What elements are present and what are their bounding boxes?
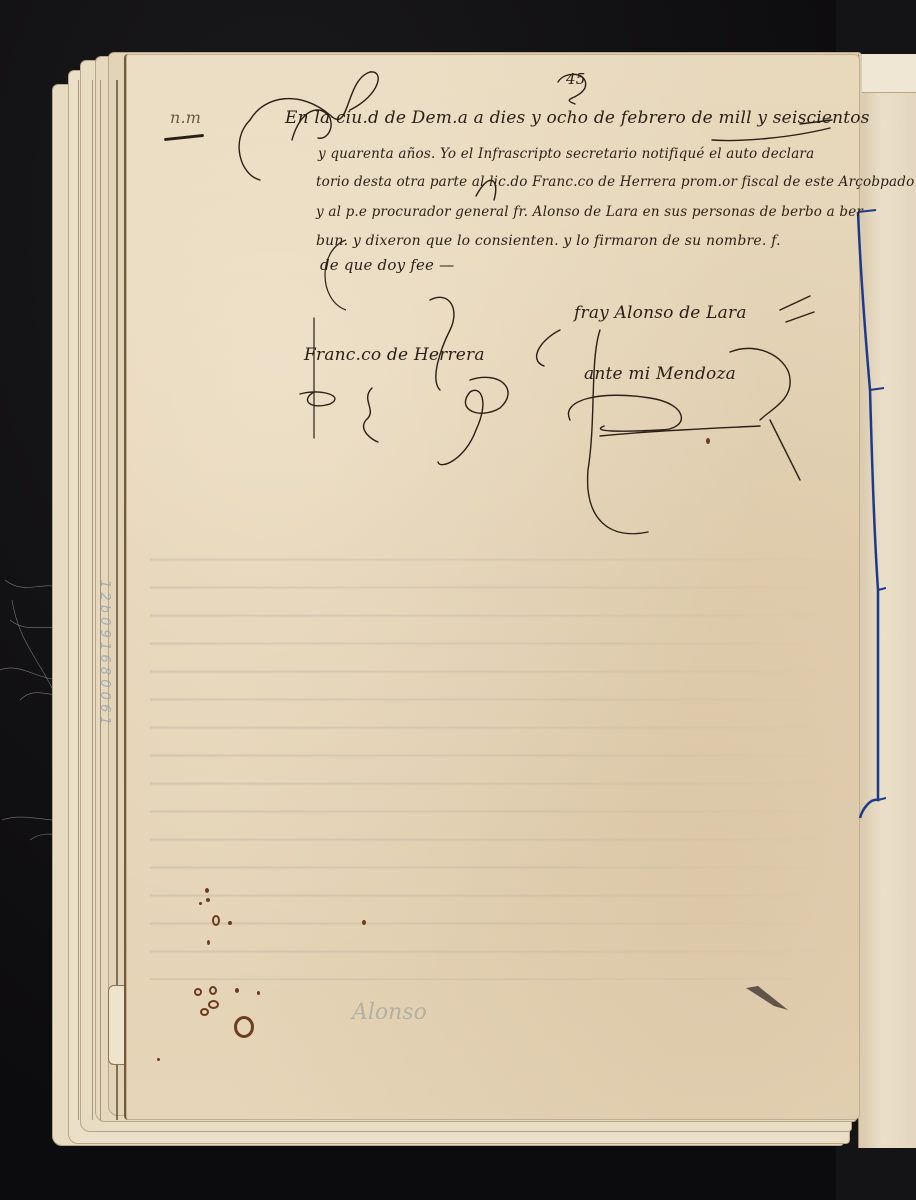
page-edge-line [92, 80, 93, 1120]
page-edge-line [78, 80, 79, 1120]
ink-stain [200, 1008, 209, 1016]
signature-left: Franc.co de Herrera [304, 345, 485, 365]
ink-stain [235, 988, 239, 993]
ink-stain [706, 438, 710, 444]
body-line-3: torio desta otra parte al lic.do Franc.c… [316, 174, 914, 190]
ink-smudge [744, 984, 794, 1014]
body-line-5: bun. y dixeron que lo consienten. y lo f… [316, 233, 781, 249]
ink-stain [209, 986, 217, 995]
signature-right-top: fray Alonso de Lara [574, 303, 747, 323]
body-line-4: y al p.e procurador general fr. Alonso d… [316, 204, 863, 220]
ink-stain [199, 902, 202, 905]
ink-stain [208, 1000, 219, 1009]
binding-thread [856, 200, 886, 820]
body-line-2: y quarenta años. Yo el Infrascripto secr… [318, 146, 814, 162]
ink-stain [212, 915, 220, 926]
body-line-6: de que doy fee — [320, 256, 454, 274]
ink-stain [234, 1016, 254, 1038]
page-edge-line [116, 80, 118, 1120]
bleed-through-text [150, 540, 830, 980]
signature-right-bottom: ante mi Mendoza [584, 364, 736, 384]
ink-stain [257, 991, 260, 995]
ink-stain [206, 898, 210, 902]
body-line-1: En la ciu.d de Dem.a a dies y ocho de fe… [285, 108, 870, 128]
facing-page-corner [862, 54, 916, 93]
ink-stain [157, 1058, 160, 1061]
bleed-through-signature: Alonso [352, 1000, 427, 1025]
ink-stain [207, 940, 210, 945]
ink-stain [362, 920, 366, 925]
ink-stain [205, 888, 209, 893]
folio-number: 45 [566, 70, 586, 88]
margin-note: n.m [170, 108, 201, 127]
ink-stain [228, 921, 232, 925]
ink-stain [194, 988, 202, 996]
pencil-notation-left: 1 2 b 0 9 1 6 8 0 0 6 1 [96, 580, 112, 1020]
